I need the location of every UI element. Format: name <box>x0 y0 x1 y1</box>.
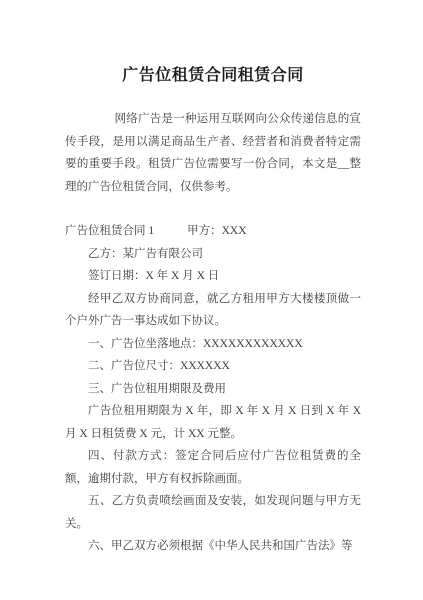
party-a-label: 甲方：XXX <box>187 220 246 243</box>
document-title: 广告位租赁合同租赁合同 <box>65 64 361 88</box>
clause-size: 二、广告位尺寸：XXXXXX <box>65 355 361 378</box>
clause-term-detail: 广告位租用期限为 X 年，即 X 年 X 月 X 日到 X 年 X 月 X 日租… <box>65 400 361 445</box>
intro-paragraph: 网络广告是一种运用互联网向公众传递信息的宣传手段，是用以满足商品生产者、经营者和… <box>65 108 361 198</box>
document-page: 广告位租赁合同租赁合同 网络广告是一种运用互联网向公众传递信息的宣传手段，是用以… <box>0 0 423 600</box>
clause-location: 一、广告位坐落地点：XXXXXXXXXXXX <box>65 333 361 356</box>
party-b-line: 乙方：某广告有限公司 <box>65 243 361 266</box>
clause-law: 六、甲乙双方必须根据《中华人民共和国广告法》等 <box>65 535 361 558</box>
clause-term-heading: 三、广告位租用期限及费用 <box>65 378 361 401</box>
contract-number-label: 广告位租赁合同 1 <box>65 225 154 237</box>
contract-heading-line: 广告位租赁合同 1甲方：XXX <box>65 220 361 243</box>
signing-date-line: 签订日期：X 年 X 月 X 日 <box>65 265 361 288</box>
clause-installation: 五、乙方负责喷绘画面及安装，如发现问题与甲方无关。 <box>65 490 361 535</box>
clause-payment: 四、付款方式：签定合同后应付广告位租赁费的全额，逾期付款，甲方有权拆除画面。 <box>65 445 361 490</box>
preamble-paragraph: 经甲乙双方协商同意，就乙方租用甲方大楼楼顶做一个户外广告一事达成如下协议。 <box>65 288 361 333</box>
